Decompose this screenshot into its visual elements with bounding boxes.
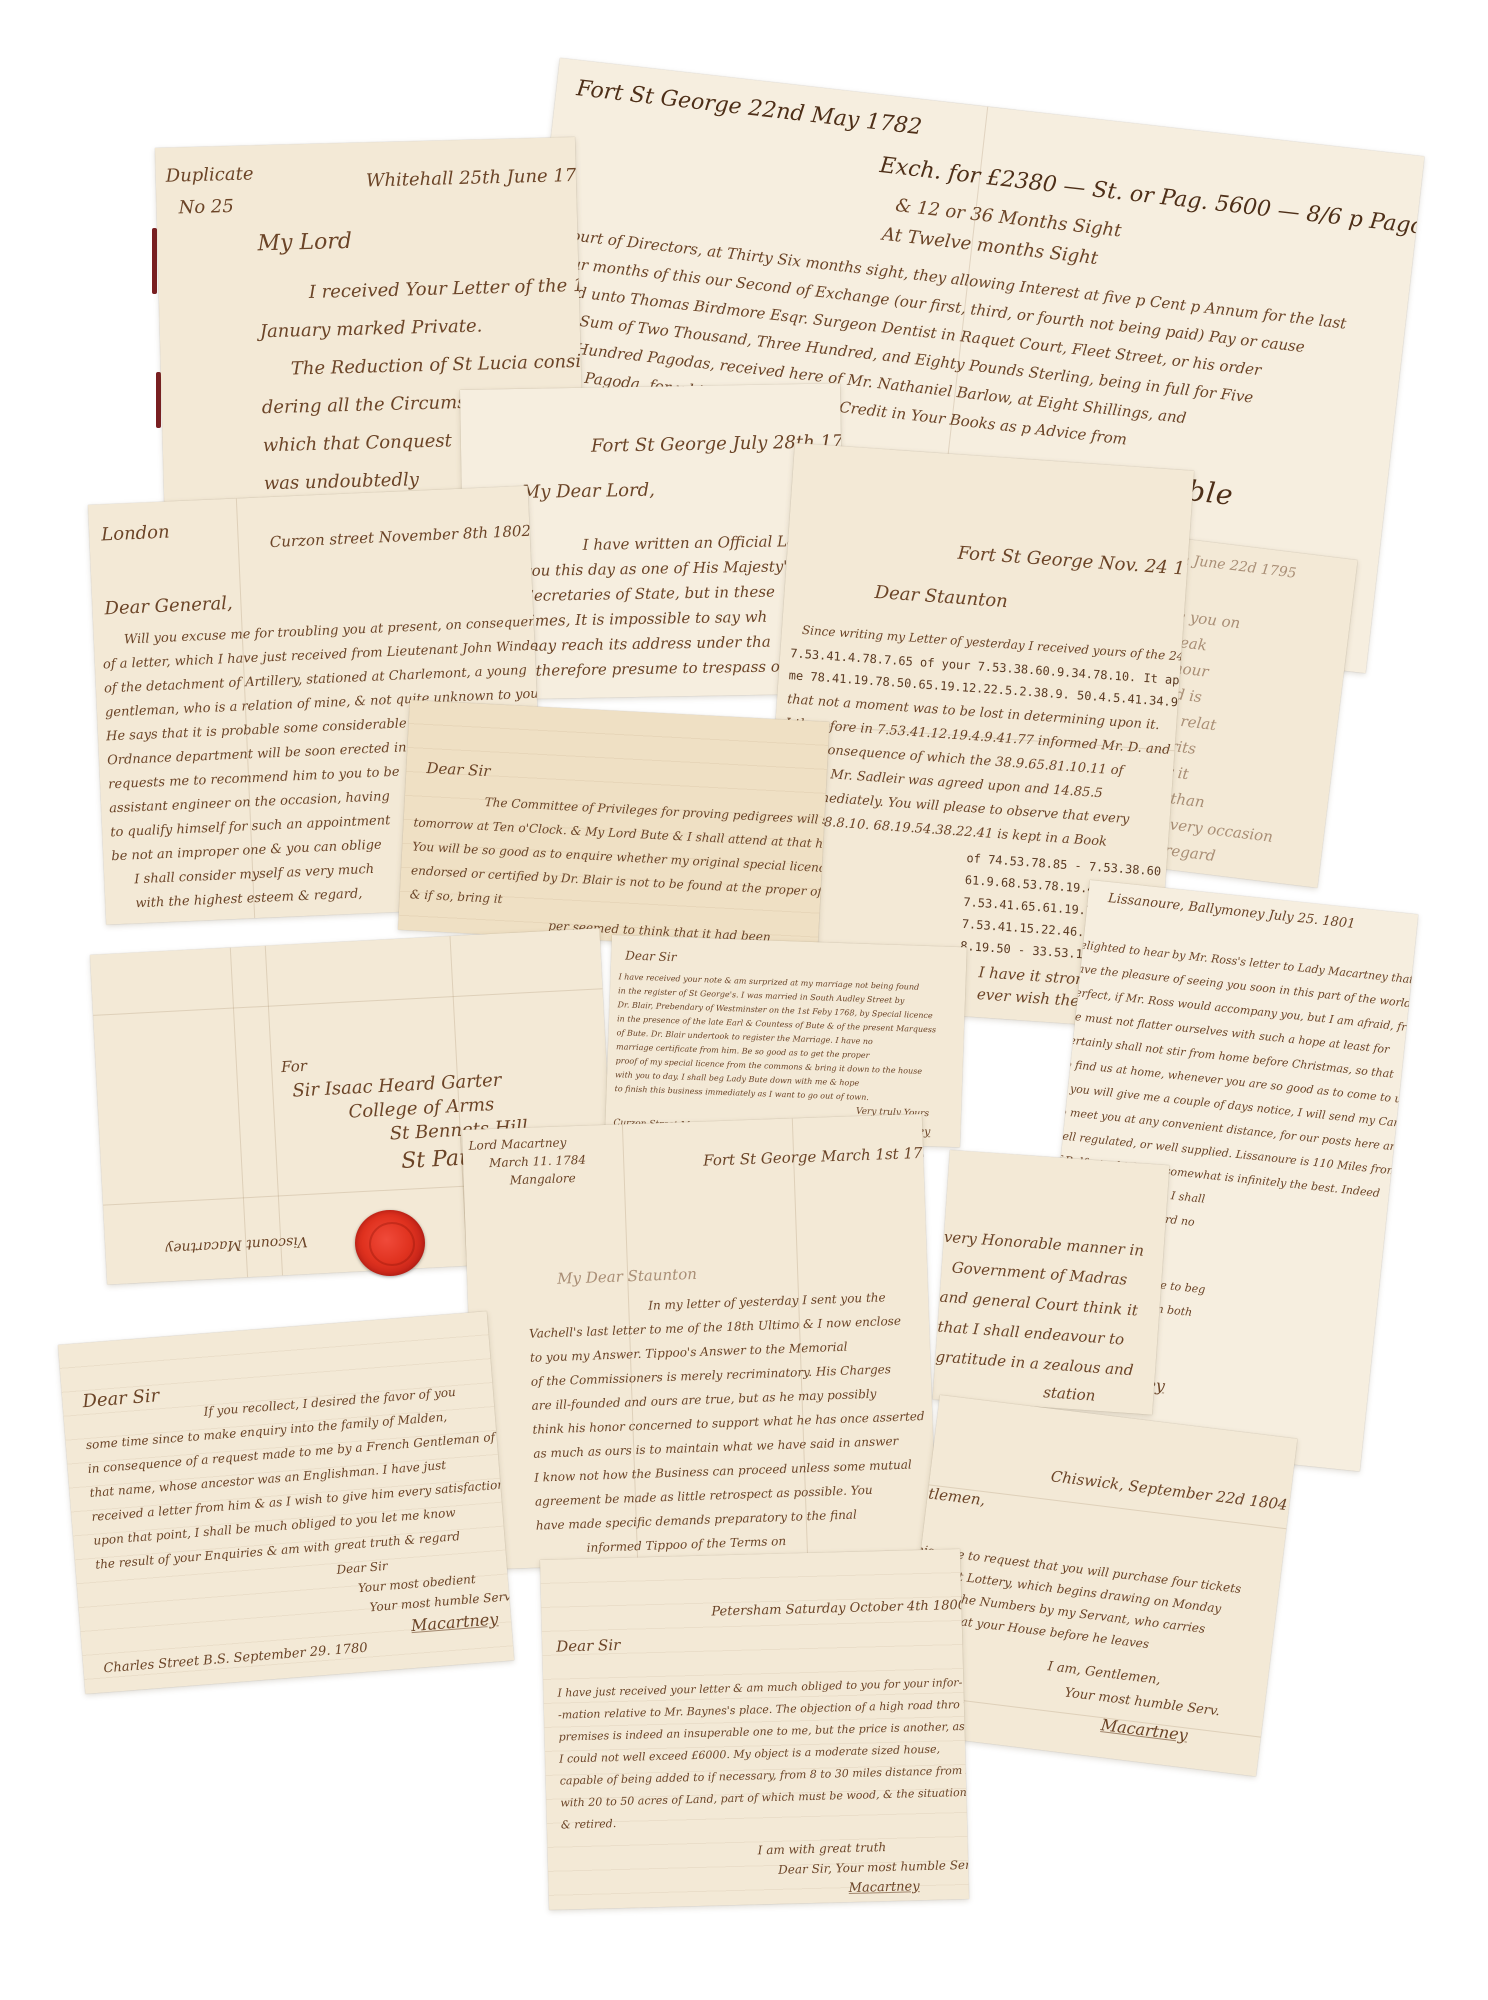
body-line: with the highest esteem & regard,	[135, 887, 363, 910]
body-line: January marked Private.	[260, 317, 483, 341]
salutation: Dear Sir	[625, 949, 677, 963]
madras-fragment-letter: very Honorable manner in Government of M…	[933, 1150, 1170, 1415]
body-line: gratitude in a zealous and	[935, 1350, 1134, 1379]
signature: Macartney	[1100, 1717, 1189, 1744]
number-mark: No 25	[178, 198, 234, 217]
red-wax-seal	[355, 1210, 425, 1276]
fort-st-george-march-1784-letter: Lord Macartney March 11. 1784 Mangalore …	[462, 1114, 937, 1570]
body-line: I therefore presume to trespass on	[525, 659, 790, 679]
body-line: station	[1043, 1385, 1096, 1404]
body-line: In my letter of yesterday I sent you the	[648, 1291, 886, 1311]
place-date: Fort St George March 1st 1784	[703, 1145, 937, 1168]
body-line: I received Your Letter of the 10th	[309, 276, 585, 302]
closing-line: I am, Gentlemen,	[1047, 1660, 1161, 1687]
salutation: My Lord	[257, 231, 352, 255]
body-line: I shall consider myself as very much	[134, 863, 374, 886]
body-line: to finish this business immediately as I…	[614, 1085, 869, 1102]
docket-line: March 11. 1784	[489, 1154, 586, 1169]
address-line: College of Arms	[348, 1096, 495, 1122]
place-date: Curzon street November 8th 1802.	[269, 524, 536, 551]
cipher-line: of 74.53.78.85 - 7.53.38.60	[966, 852, 1161, 878]
place-date: Whitehall 25th June 1779.	[366, 166, 585, 190]
duplicate-mark: Duplicate	[166, 165, 254, 185]
body-line: as much as ours is to maintain what we h…	[533, 1435, 898, 1460]
address-line: For	[281, 1059, 308, 1075]
salutation: Dear General,	[104, 595, 233, 619]
body-line: very Honorable manner in	[943, 1230, 1144, 1259]
signature: Macartney	[849, 1880, 920, 1895]
place-date: Fort St George 22nd May 1782	[575, 78, 923, 139]
body-line: think his honor concerned to support wha…	[532, 1410, 924, 1436]
closing-line: Dear Sir	[336, 1560, 388, 1576]
place: London	[101, 523, 170, 544]
body-line: may reach its address under tha	[524, 635, 770, 654]
body-line: agreement be made as little retrospect a…	[535, 1484, 873, 1508]
charles-street-1780-letter: Dear Sir If you recollect, I desired the…	[58, 1311, 514, 1694]
body-line: which that Conquest	[263, 432, 453, 455]
body-line: & retired.	[561, 1818, 617, 1830]
body-line: The Reduction of St Lucia consi-	[291, 353, 585, 379]
cipher-line: 8.19.50 - 33.53.102	[960, 940, 1098, 962]
exchange-heading: Exch. for £2380 — St. or Pag. 5600 — 8/6…	[879, 155, 1425, 242]
docket-line: Mangalore	[510, 1172, 576, 1186]
salutation: Dear Sir	[426, 761, 491, 779]
body-line: that I shall endeavour to	[937, 1320, 1125, 1348]
place-date: Lissanoure, Ballymoney July 25. 1801	[1107, 892, 1355, 931]
body-line: Secretaries of State, but in these	[523, 585, 775, 604]
place-date: Chiswick, September 22d 1804	[1050, 1469, 1288, 1513]
salutation: My Dear Lord,	[522, 482, 655, 502]
body-line: are ill-founded and ours are true, but a…	[531, 1388, 876, 1412]
salutation: Dear Staunton	[874, 584, 1008, 611]
body-line: informed Tippoo of the Terms on	[586, 1535, 786, 1554]
body-line: Government of Madras	[951, 1260, 1127, 1287]
body-line: of the Commissioners is merely recrimina…	[531, 1363, 891, 1388]
petersham-1800-letter: Petersham Saturday October 4th 1800 Dear…	[540, 1549, 969, 1910]
body-line: times, It is impossible to say wh	[524, 610, 767, 629]
trailing-line: ever wish the	[976, 987, 1079, 1009]
body-line: and general Court think it	[939, 1290, 1138, 1319]
body-line: He says that it is probable some conside…	[106, 717, 407, 743]
endorsement: Viscount Macartney	[165, 1234, 308, 1255]
salutation: My Dear Staunton	[557, 1267, 697, 1287]
salutation: Dear Sir	[556, 1638, 620, 1655]
docket-line: Lord Macartney	[468, 1136, 566, 1151]
body-line: requests me to recommend him to you to b…	[108, 766, 400, 792]
body-line: Vachell's last letter to me of the 18th …	[529, 1315, 901, 1340]
closing-line: I am with great truth	[758, 1841, 887, 1856]
closing-line: Your most humble Serv.	[1064, 1686, 1221, 1718]
body-line: was undoubtedly	[264, 471, 420, 493]
red-binding-thread	[152, 228, 157, 294]
place-date: Fort St George Nov. 24 1783	[957, 545, 1194, 581]
body-line: have made specific demands preparatory t…	[536, 1508, 857, 1531]
body-line: be not an improper one & you can oblige	[111, 839, 382, 864]
body-line: I know not how the Business can proceed …	[534, 1459, 912, 1484]
body-line: you this day as one of His Majesty's	[523, 559, 795, 579]
committee-of-privileges-note: Dear Sir The Committee of Privileges for…	[398, 700, 829, 952]
